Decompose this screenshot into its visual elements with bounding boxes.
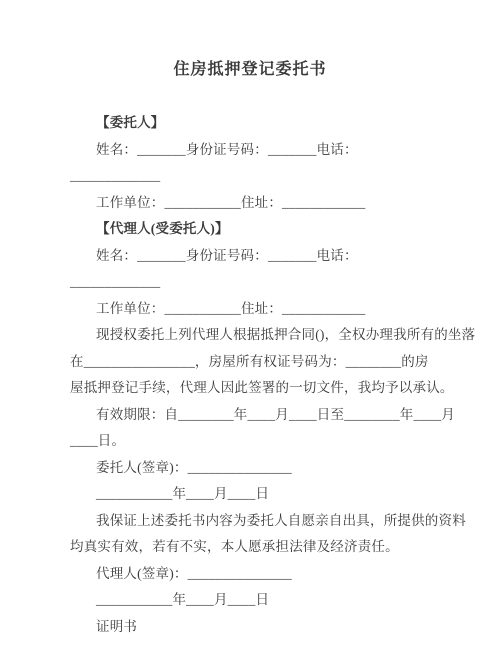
- principal-signature-date-line: ___________年____月____日: [70, 481, 460, 508]
- authorization-clause-line-1: 现授权委托上列代理人根据抵押合同()，全权办理我所有的坐落: [70, 322, 460, 349]
- agent-signature-date-line: ___________年____月____日: [70, 587, 460, 614]
- principal-phone-blank-line: _____________: [70, 163, 460, 190]
- certificate-label: 证明书: [70, 614, 460, 641]
- agent-signature-line: 代理人(签章)：_______________: [70, 561, 460, 588]
- authorization-clause-line-2: 在________________，房屋所有权证号码为：________的房: [70, 349, 460, 376]
- guarantee-clause-line-1: 我保证上述委托书内容为委托人自愿亲自出具，所提供的资料: [70, 508, 460, 535]
- document-page: 住房抵押登记委托书 【委托人】 姓名：_______身份证号码：_______电…: [0, 0, 500, 658]
- document-body: 【委托人】 姓名：_______身份证号码：_______电话： _______…: [0, 110, 500, 640]
- principal-name-id-phone-line: 姓名：_______身份证号码：_______电话：: [70, 137, 460, 164]
- agent-employer-address-line: 工作单位：___________住址：____________: [70, 296, 460, 323]
- agent-phone-blank-line: _____________: [70, 269, 460, 296]
- authorization-clause-line-3: 屋抵押登记手续，代理人因此签署的一切文件，我均予以承认。: [70, 375, 460, 402]
- validity-period-line-1: 有效期限：自________年____月____日至________年____月: [70, 402, 460, 429]
- guarantee-clause-line-2: 均真实有效，若有不实，本人愿承担法律及经济责任。: [70, 534, 460, 561]
- section-header-principal: 【委托人】: [70, 110, 460, 137]
- agent-name-id-phone-line: 姓名：_______身份证号码：_______电话：: [70, 243, 460, 270]
- principal-signature-line: 委托人(签章)：_______________: [70, 455, 460, 482]
- section-header-agent: 【代理人(受委托人)】: [70, 216, 460, 243]
- document-title: 住房抵押登记委托书: [0, 57, 500, 84]
- principal-employer-address-line: 工作单位：___________住址：____________: [70, 190, 460, 217]
- validity-period-line-2: ____日。: [70, 428, 460, 455]
